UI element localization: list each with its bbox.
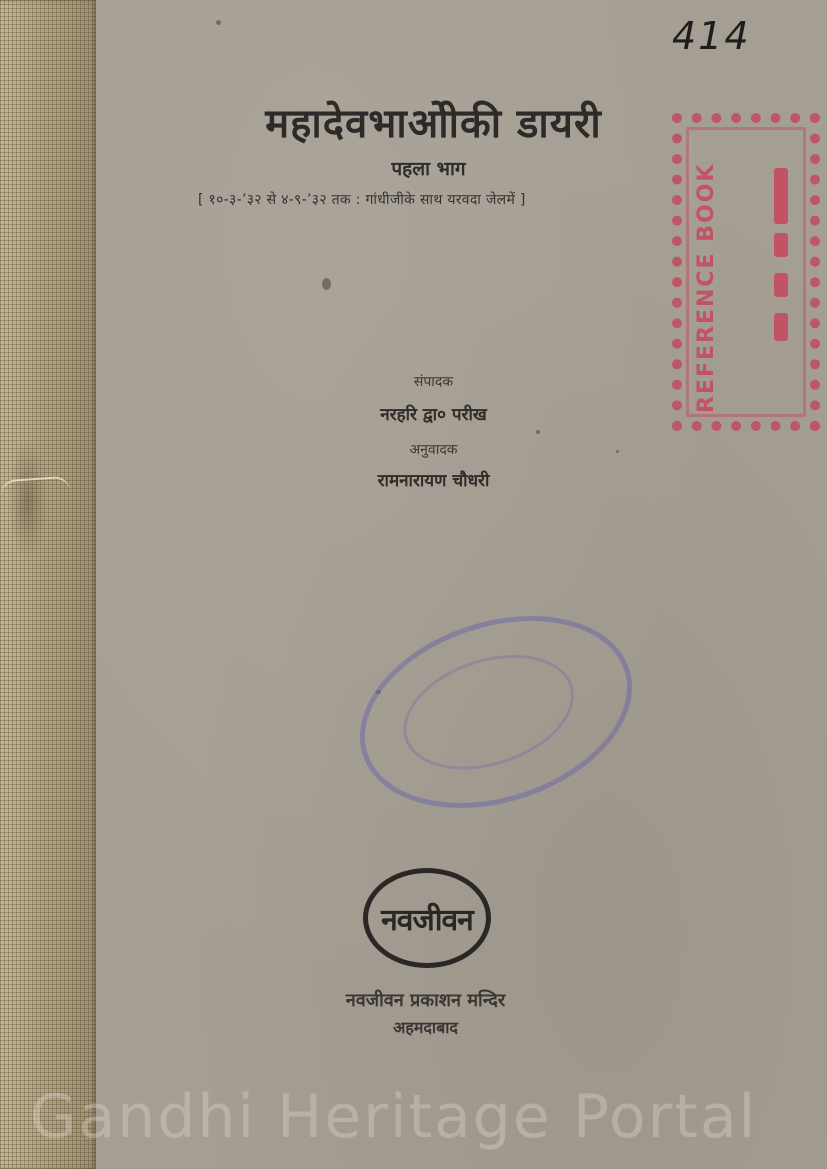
translator-label: अनुवादक: [0, 440, 827, 459]
paper-speck: [216, 20, 221, 25]
paper-speck: [322, 278, 331, 290]
accession-number: 414: [672, 14, 751, 58]
portal-watermark: Gandhi Heritage Portal: [30, 1082, 820, 1152]
editor-label: संपादक: [0, 372, 827, 391]
publisher-city: अहमदाबाद: [0, 1016, 827, 1038]
translator-name: रामनारायण चौधरी: [0, 468, 827, 491]
date-range-subtitle: [ १०-३-’३२ से ४-९-’३२ तक : गांधीजीके साथ…: [198, 190, 526, 209]
publisher-name: नवजीवन प्रकाशन मन्दिर: [0, 988, 827, 1012]
paper-speck: [536, 430, 540, 434]
editor-name: नरहरि द्वा० परीख: [0, 402, 827, 425]
oval-stamp-inner: [389, 635, 589, 790]
publisher-logo-text: नवजीवन: [381, 898, 473, 939]
publisher-logo: नवजीवन: [363, 868, 491, 968]
stamp-bar: [774, 313, 788, 341]
stamp-bar: [774, 273, 788, 297]
stamp-bar: [774, 168, 788, 224]
stamp-bar: [774, 233, 788, 257]
